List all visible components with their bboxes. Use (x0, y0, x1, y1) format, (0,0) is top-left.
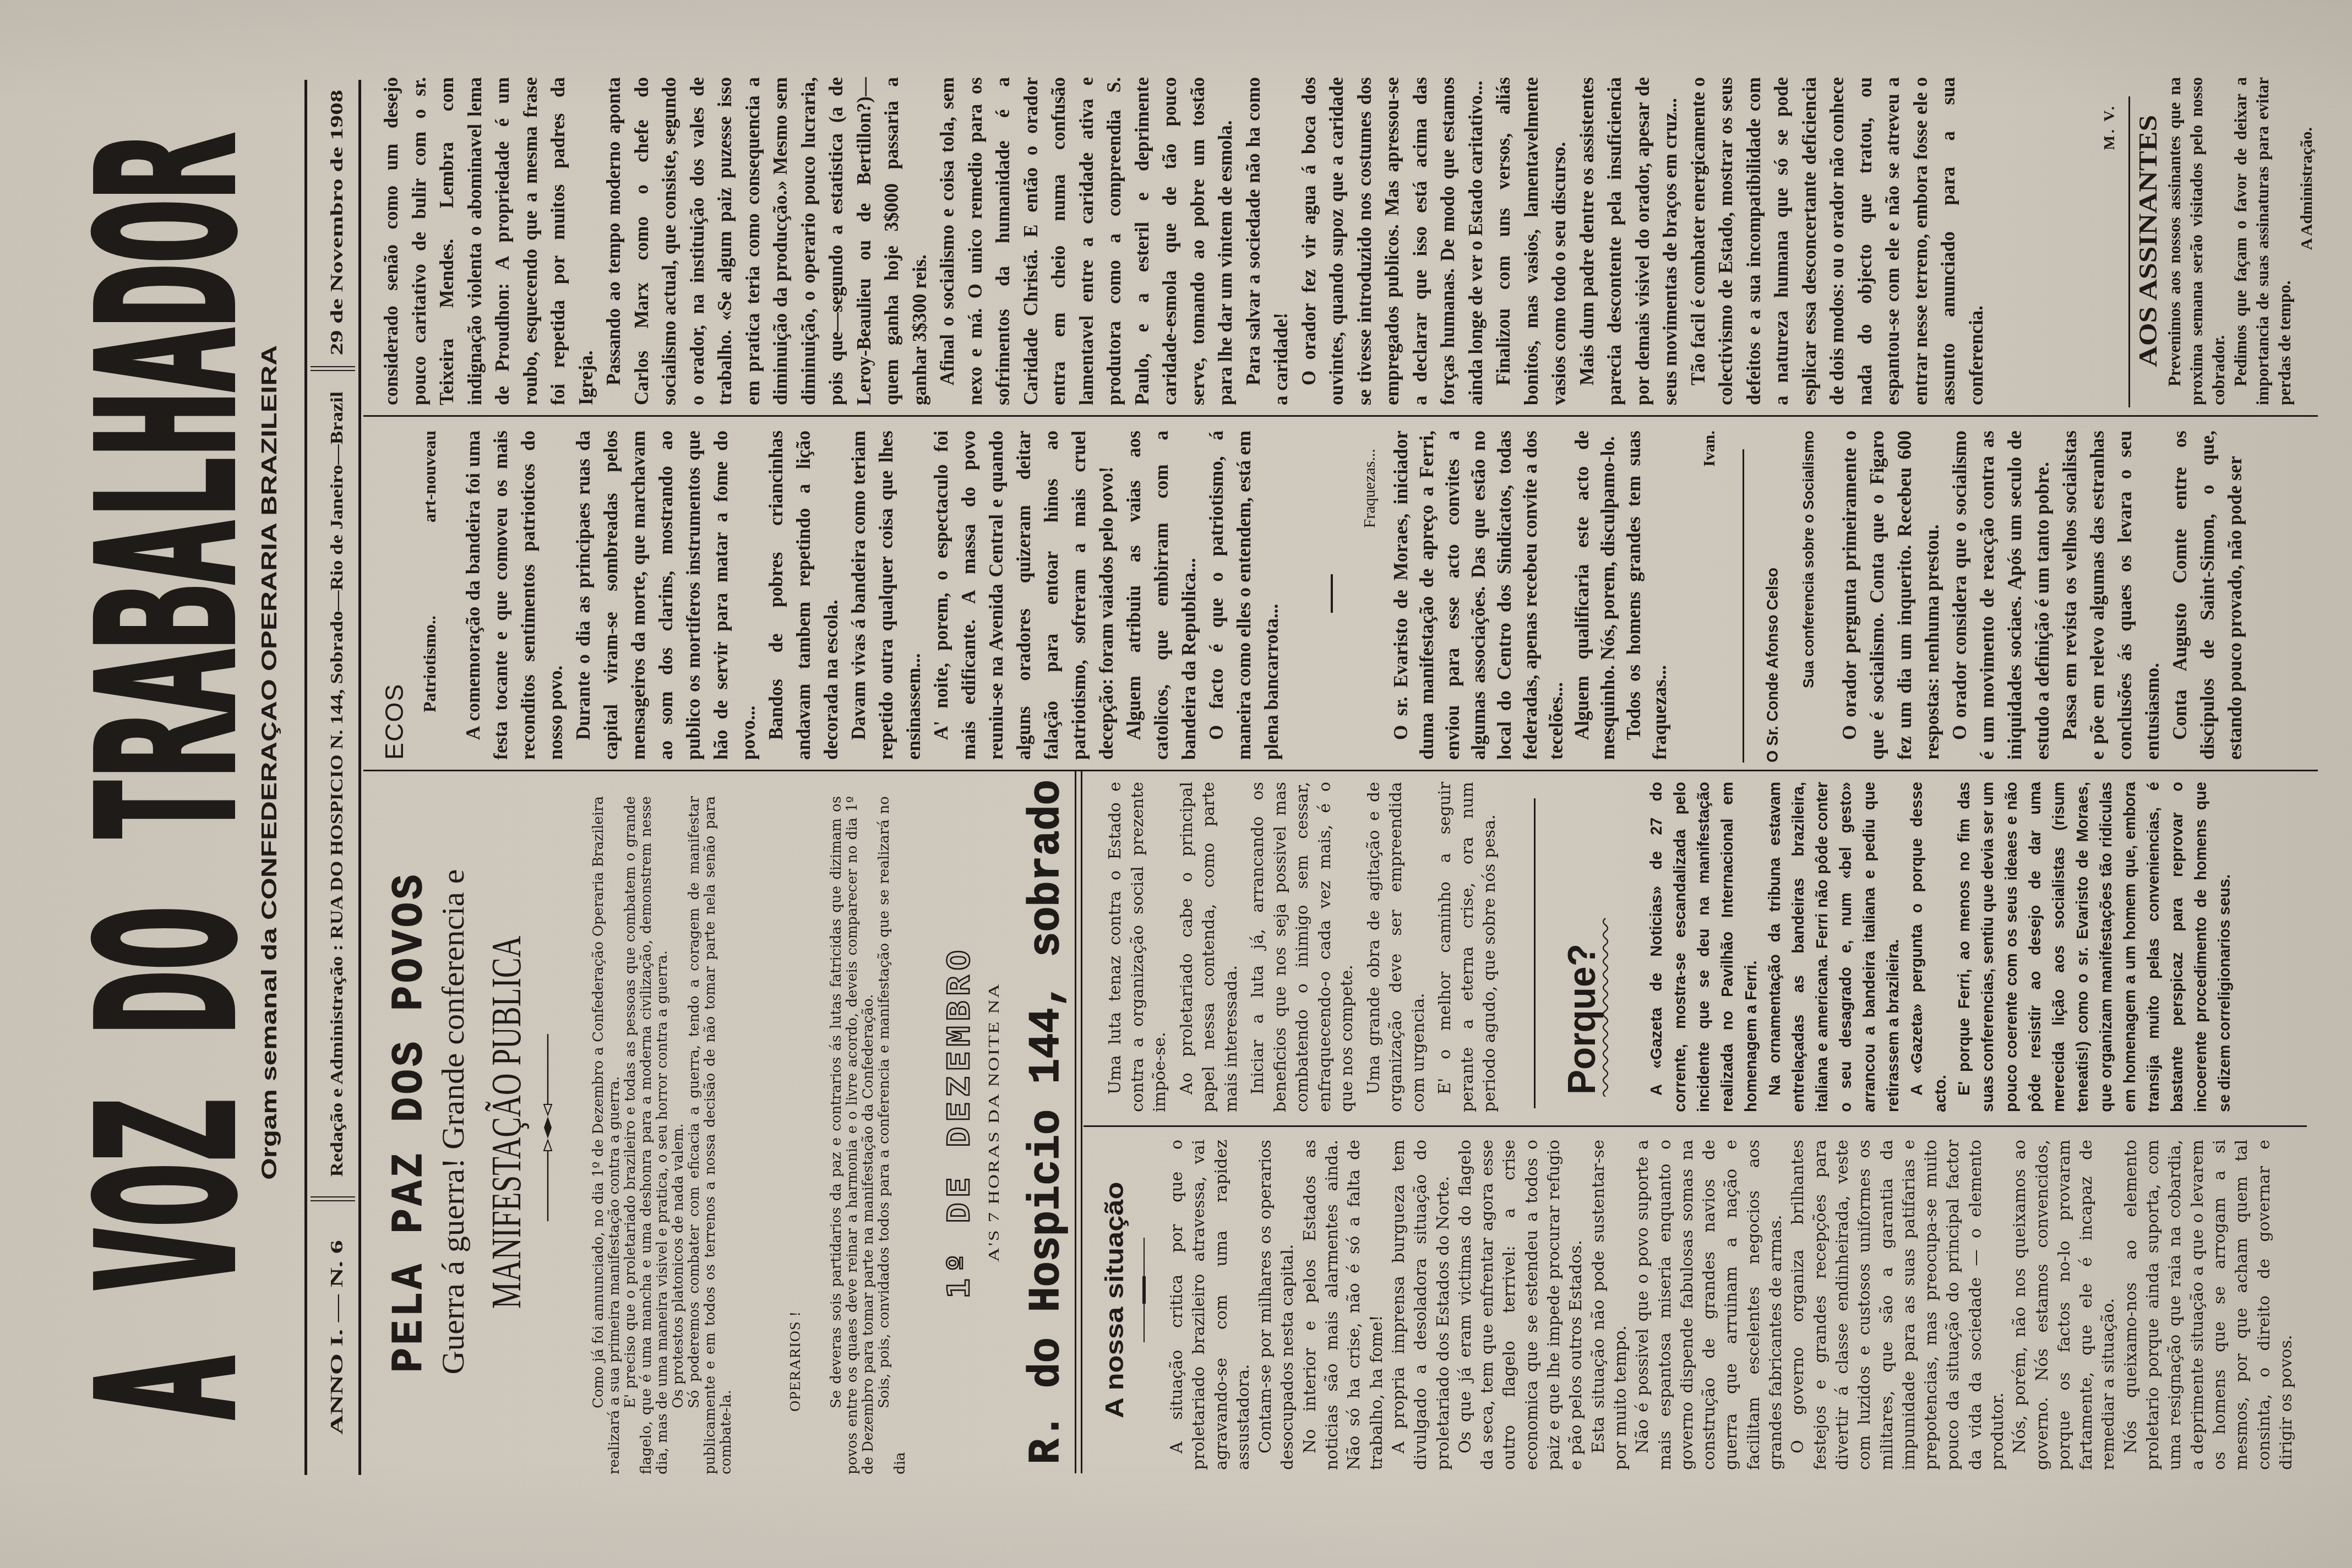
headline-text: PELA PAZ DOS POVOS (385, 872, 435, 1373)
paragraph: O orador fez vir agua á boca dos ouvinte… (1295, 77, 1490, 405)
article-body-continued: Uma luta tenaz contra o Estado e contra … (1104, 782, 1531, 1112)
column-rule (363, 770, 2318, 771)
paragraph: O orador considera que o socialismo é um… (1946, 431, 2056, 760)
event-venue: R. do Hospicio 144, sobrado (1024, 771, 1070, 1473)
paragraph: Durante o dia as principaes ruas da capi… (570, 431, 763, 760)
paragraph: Todos os homens grandes tem suas fraquez… (1621, 431, 1673, 760)
announcement-body: Como já foi annunciado, no dia 1º de Dez… (591, 796, 756, 1474)
paragraph: Como já foi annunciado, no dia 1º de Dez… (591, 796, 623, 1474)
paragraph: Na ornamentação da tribuna estavam entre… (1763, 782, 1905, 1112)
paragraph: Sois, pois, convidados todos para a conf… (876, 796, 908, 1474)
paragraph: Ao proletariado cabe o principal papel n… (1176, 782, 1243, 1112)
paragraph: A «Gazeta» pergunta o porque desse acto. (1905, 782, 1953, 1112)
paragraph: A' noite, porem, o espectaculo foi mais … (928, 431, 1120, 760)
event-time: A'S 7 HORAS DA NOITE NA (986, 771, 1002, 1473)
paragraph: E' preciso que o proletariado brazileiro… (623, 796, 671, 1474)
double-rule-divider (311, 1196, 355, 1201)
newspaper-scan-viewport: A VOZ DO TRABALHADOR Orgam semanal da CO… (0, 0, 2352, 1568)
paragraph: Conta Augusto Comte entre os discipulos … (2166, 431, 2249, 760)
paragraph: A situação critica por que o proletariad… (1166, 1140, 1255, 1470)
dash-divider-icon (1139, 1238, 1150, 1342)
issue-info-bar: ANNO I. — N. 6 Redação e Administração :… (304, 80, 361, 1475)
appeal-body: Se deveras sois partidarios da paz e con… (829, 796, 941, 1474)
horizontal-rule (1743, 449, 1744, 763)
section-heading-text: ECOS (380, 683, 409, 760)
article-heading-porque: Porque? (1560, 786, 1603, 1095)
article-body-socialismo: O orador pergunta primeiramente o que é … (1836, 431, 2321, 760)
subheadline-text: Guerra á guerra! Grande conferencia e (436, 869, 472, 1375)
paragraph: Só poderemos combater com eficacia a gue… (687, 796, 734, 1474)
notice-body: Prevenimos aos nossos assinantes que na … (2164, 77, 2298, 405)
paragraph: E' porque Ferri, ao menos no fim das sua… (1953, 782, 2237, 1112)
subheadline-2-text: MANIFESTAÇÃO PUBLICA (484, 935, 529, 1308)
newspaper-name: A VOZ DO TRABALHADOR (74, 135, 262, 1420)
horizontal-rule (1534, 798, 1536, 1108)
double-rule-divider (1075, 771, 1082, 1473)
event-time-text: A'S 7 HORAS DA NOITE NA (986, 982, 1002, 1262)
notice-signature: A Administração. (2296, 77, 2318, 405)
paragraph: Pedimos que façam o favor de deixar a im… (2230, 77, 2296, 405)
double-rule-divider (311, 366, 355, 371)
paragraph: Afinal o socialismo e coisa tola, sem ne… (934, 77, 1240, 405)
paragraph: Nós queixamo-nos ao elemento proletario … (2120, 1140, 2297, 1470)
appeal-heading: OPERARIOS ! (787, 1311, 804, 1412)
article-subheading: Sua conferencia sobre o Socialismo (1798, 431, 1820, 760)
paragraph: Para salvar a sociedade não ha como a ca… (1240, 77, 1295, 405)
announcement-subheadline-2: MANIFESTAÇÃO PUBLICA (484, 771, 529, 1473)
paragraph: Iniciar a luta já, arrancando os benefic… (1247, 782, 1359, 1112)
announcement-headline: PELA PAZ DOS POVOS (385, 771, 435, 1473)
article-heading-conde-afonso-celso: O Sr. Conde Afonso Celso (1762, 433, 1784, 763)
column-rule (363, 415, 2318, 417)
paragraph: Prevenimos aos nossos assinantes que na … (2164, 77, 2230, 405)
heading-text: AOS ASSINANTES (2134, 115, 2163, 368)
paragraph: O orador pergunta primeiramente o que é … (1836, 431, 1946, 760)
section-heading-ecos: ECOS (380, 595, 409, 760)
paragraph: Finalizou com uns versos, aliás bonitos,… (1490, 77, 1574, 405)
paragraph: E' o melhor caminho a seguir perante a e… (1434, 782, 1501, 1112)
paragraph: Os protestos platonicos de nada valem. (671, 796, 687, 1474)
paragraph: O governo organiza brilhantes festejos e… (1787, 1140, 2009, 1470)
editorial-address-cell: Redação e Administração : RUA DO HOSPICI… (327, 372, 346, 1196)
heading-text: O Sr. Conde Afonso Celso (1762, 568, 1784, 763)
issue-number: ANNO I. — N. 6 (327, 1240, 346, 1435)
column-rule (1084, 1125, 2307, 1127)
paragraph: A propria imprensa burgueza tem divulgad… (1388, 1140, 1455, 1470)
paragraph: Alguem atribuiu as vaias aos catolicos, … (1120, 431, 1203, 760)
dash-divider (1331, 574, 1333, 613)
issue-number-cell: ANNO I. — N. 6 (327, 1200, 346, 1475)
paragraph: O facto é que o patriotismo, á maneira c… (1203, 431, 1286, 760)
ornament-divider-icon (541, 1034, 554, 1221)
horizontal-rule (2128, 96, 2130, 407)
paragraph: considerado senão como um desejo pouco c… (378, 77, 600, 405)
paragraph: Se deveras sois partidarios da paz e con… (829, 796, 876, 1474)
paragraph: Não é possivel que o povo suporte a mais… (1632, 1140, 1787, 1470)
item-title-fraquezas: Fraquezas... (1357, 431, 1382, 760)
item-body-patriotismo: A comemoração da bandeira foi uma festa … (460, 431, 1319, 760)
paragraph: Uma luta tenaz contra o Estado e contra … (1104, 782, 1172, 1112)
article-body-porque: A «Gazeta de Noticias» de 27 do corrente… (1645, 782, 2320, 1112)
paragraph: Passando ao tempo moderno aponta Carlos … (600, 77, 934, 405)
masthead-title: A VOZ DO TRABALHADOR (74, 135, 262, 1420)
heading-text: Porque? (1560, 944, 1603, 1095)
item-body-fraquezas: O sr. Evaristo de Moraes, iniciador duma… (1388, 431, 1700, 760)
paragraph: Nós, porém, não nos queixamos ao governo… (2009, 1140, 2120, 1470)
event-date: 1º DE DEZEMBRO (941, 771, 977, 1473)
paragraph: Davam vivas á bandeira como teriam repet… (845, 431, 928, 760)
masthead-subtitle: Orgam semanal da CONFEDERAÇAO OPERARIA B… (259, 345, 281, 1180)
item-title-patriotismo: Patriotismo.. art-nouveau (416, 431, 443, 760)
paragraph: Esta situação não pode sustentar-se por … (1588, 1140, 1632, 1470)
author-signature: Ivan. (1697, 431, 1722, 760)
issue-date: 29 de Novembro de 1908 (327, 90, 346, 356)
notice-heading-aos-assinantes: AOS ASSINANTES (2134, 77, 2163, 405)
paragraph: A «Gazeta de Noticias» de 27 do corrente… (1645, 782, 1763, 1112)
subheading-text: Sua conferencia sobre o Socialismo (1798, 431, 1820, 688)
editorial-address: Redação e Administração : RUA DO HOSPICI… (327, 391, 346, 1177)
paragraph: No interior e pelos Estados as noticias … (1299, 1140, 1388, 1470)
paragraph: Contam-se por milhares os operarios deso… (1255, 1140, 1299, 1470)
article-heading-a-nossa-situacao: A nossa situação (1099, 1126, 1130, 1473)
announcement-subheadline: Guerra á guerra! Grande conferencia e (436, 771, 472, 1473)
author-signature: M. V. (2098, 77, 2122, 405)
article-body-a-nossa-situacao: A situação critica por que o proletariad… (1166, 1140, 2322, 1470)
paragraph: O sr. Evaristo de Moraes, iniciador duma… (1388, 431, 1569, 760)
paragraph: Uma grande obra de agitação e de organiz… (1363, 782, 1430, 1112)
event-date-text: 1º DE DEZEMBRO (941, 945, 977, 1299)
newspaper-tagline: Orgam semanal da CONFEDERAÇAO OPERARIA B… (259, 345, 281, 1180)
paragraph: Os que já eram victimas do flagelo da se… (1455, 1140, 1588, 1470)
paragraph: A comemoração da bandeira foi uma festa … (460, 431, 570, 760)
paragraph: Mais dum padre dentre os assistentes par… (1574, 77, 1685, 405)
event-venue-text: R. do Hospicio 144, sobrado (1024, 780, 1070, 1464)
paragraph: Passa em revista os velhos socialistas e… (2056, 431, 2166, 760)
newspaper-page: A VOZ DO TRABALHADOR Orgam semanal da CO… (0, 0, 2352, 1568)
wavy-underline-icon (1601, 913, 1610, 1097)
heading-text: A nossa situação (1099, 1182, 1130, 1418)
paragraph: Bandos de pobres criancinhas andavam tam… (763, 431, 845, 760)
paragraph: Alguem qualificaria este acto de mesquin… (1569, 431, 1621, 760)
issue-date-cell: 29 de Novembro de 1908 (327, 80, 346, 366)
article-body-socialismo-continued: considerado senão como um desejo pouco c… (378, 77, 2090, 405)
paragraph: Tão facil é combater energicamente o col… (1685, 77, 1991, 405)
